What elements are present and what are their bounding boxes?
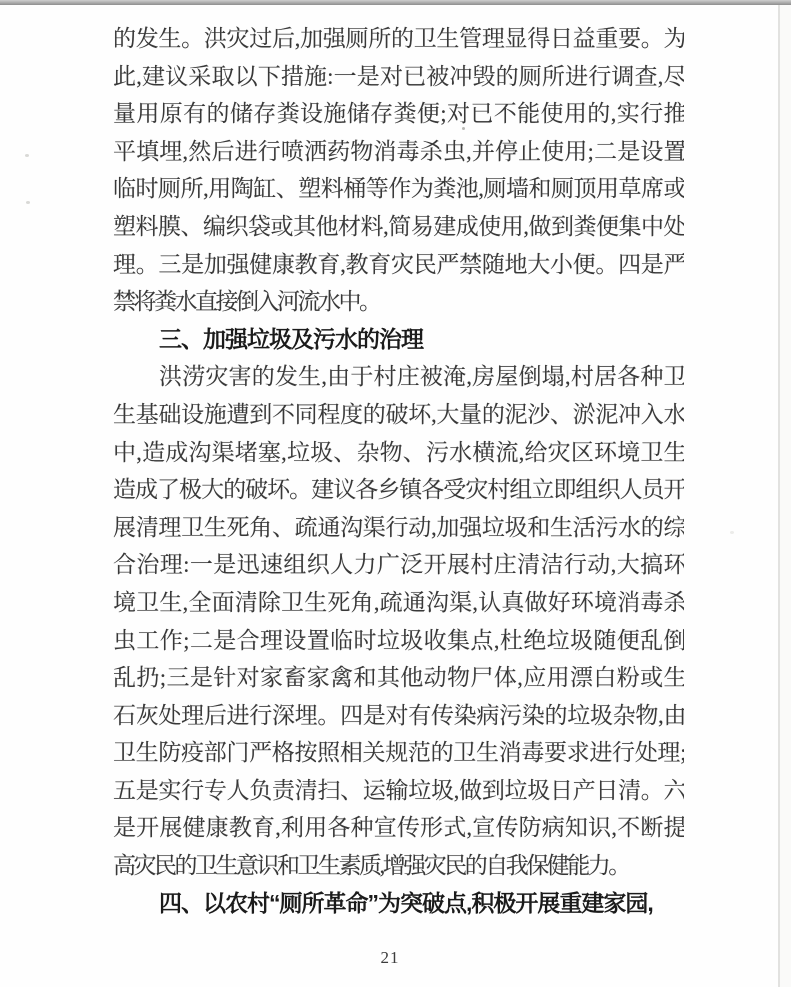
body-line: 是开展健康教育,利用各种宣传形式,宣传防病知识,不断提 bbox=[113, 809, 684, 847]
body-line: 量用原有的储存粪设施储存粪便;对已不能使用的,实行推 bbox=[113, 95, 684, 133]
body-line: 的发生。洪灾过后,加强厕所的卫生管理显得日益重要。为 bbox=[113, 20, 684, 58]
section-heading-4: 四、以农村“厕所革命”为突破点,积极开展重建家园, bbox=[113, 885, 684, 923]
page-number: 21 bbox=[0, 948, 780, 968]
body-line: 塑料膜、编织袋或其他材料,简易建成使用,做到粪便集中处 bbox=[113, 208, 684, 246]
scan-edge-top bbox=[0, 0, 791, 5]
body-line: 生基础设施遭到不同程度的破坏,大量的泥沙、淤泥冲入水 bbox=[113, 396, 684, 434]
text-block: 的发生。洪灾过后,加强厕所的卫生管理显得日益重要。为 此,建议采取以下措施:一是… bbox=[113, 20, 684, 922]
body-line: 虫工作;二是合理设置临时垃圾收集点,杜绝垃圾随便乱倒 bbox=[113, 622, 684, 660]
body-line: 禁将粪水直接倒入河流水中。 bbox=[113, 283, 684, 321]
section-heading-3: 三、加强垃圾及污水的治理 bbox=[113, 321, 684, 359]
body-line: 中,造成沟渠堵塞,垃圾、杂物、污水横流,给灾区环境卫生 bbox=[113, 434, 684, 472]
body-line: 洪涝灾害的发生,由于村庄被淹,房屋倒塌,村居各种卫 bbox=[113, 358, 684, 396]
body-line: 展清理卫生死角、疏通沟渠行动,加强垃圾和生活污水的综 bbox=[113, 509, 684, 547]
scan-page-edge-line bbox=[778, 5, 780, 987]
body-line: 合治理:一是迅速组织人力广泛开展村庄清洁行动,大搞环 bbox=[113, 546, 684, 584]
body-line: 此,建议采取以下措施:一是对已被冲毁的厕所进行调查,尽 bbox=[113, 58, 684, 96]
body-line: 高灾民的卫生意识和卫生素质,增强灾民的自我保健能力。 bbox=[113, 847, 684, 885]
scan-speck bbox=[26, 201, 30, 204]
scan-speck bbox=[25, 154, 29, 157]
scanned-document-page: 的发生。洪灾过后,加强厕所的卫生管理显得日益重要。为 此,建议采取以下措施:一是… bbox=[0, 0, 791, 987]
body-line: 平填埋,然后进行喷洒药物消毒杀虫,并停止使用;二是设置 bbox=[113, 133, 684, 171]
scan-speck bbox=[730, 531, 734, 534]
body-line: 境卫生,全面清除卫生死角,疏通沟渠,认真做好环境消毒杀 bbox=[113, 584, 684, 622]
scan-margin-right bbox=[780, 5, 791, 987]
body-line: 临时厕所,用陶缸、塑料桶等作为粪池,厕墙和厕顶用草席或 bbox=[113, 170, 684, 208]
body-line: 石灰处理后进行深埋。四是对有传染病污染的垃圾杂物,由 bbox=[113, 697, 684, 735]
body-line: 造成了极大的破坏。建议各乡镇各受灾村组立即组织人员开 bbox=[113, 471, 684, 509]
body-line: 卫生防疫部门严格按照相关规范的卫生消毒要求进行处理; bbox=[113, 734, 684, 772]
body-line: 理。三是加强健康教育,教育灾民严禁随地大小便。四是严 bbox=[113, 246, 684, 284]
body-line: 乱扔;三是针对家畜家禽和其他动物尸体,应用漂白粉或生 bbox=[113, 659, 684, 697]
body-line: 五是实行专人负责清扫、运输垃圾,做到垃圾日产日清。六 bbox=[113, 772, 684, 810]
